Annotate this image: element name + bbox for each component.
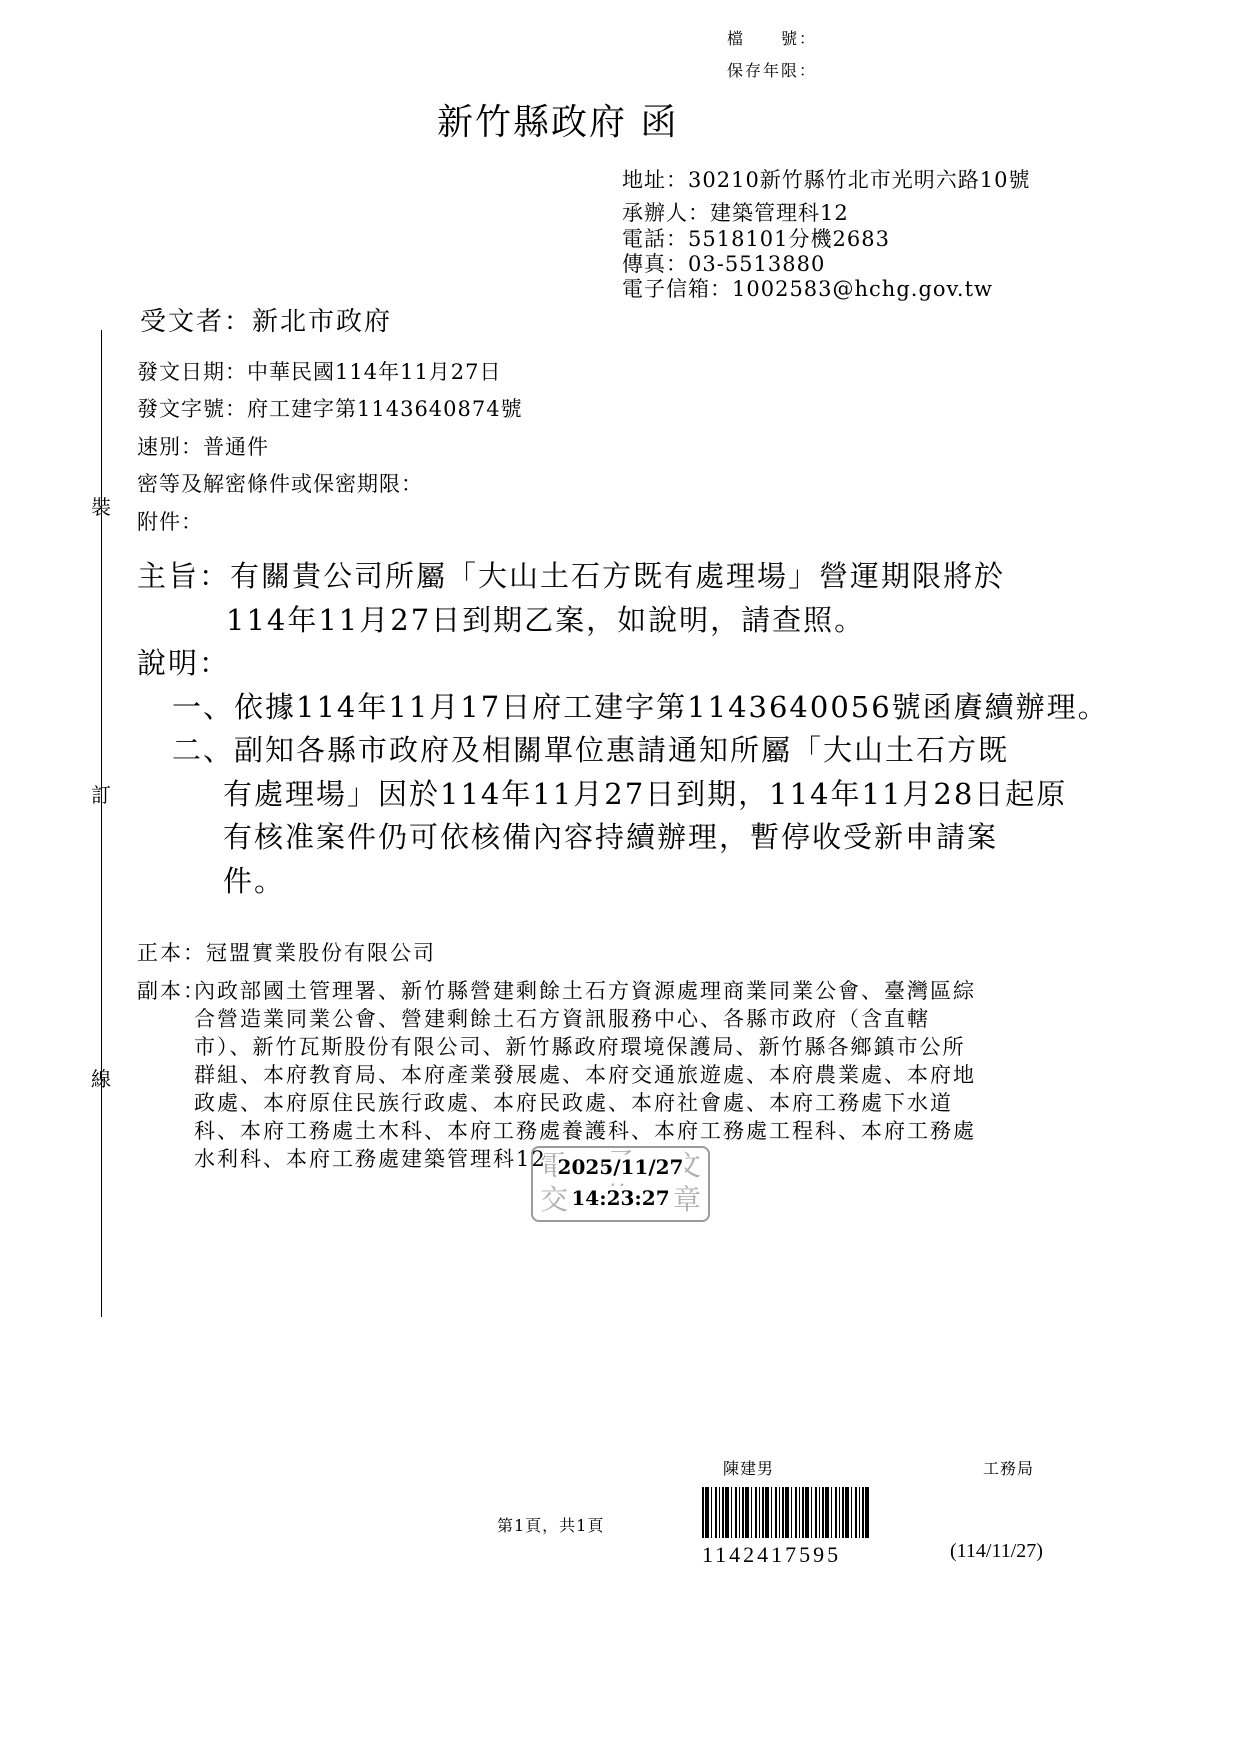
- barcode-number: 1142417595: [702, 1542, 841, 1567]
- stamp-time: 14:23:27: [569, 1186, 671, 1210]
- letter-title: 新竹縣政府 函: [437, 102, 678, 143]
- item-2-number: 二、: [172, 733, 234, 767]
- file-number-label: 檔 號：: [727, 30, 817, 48]
- subject-line-2: 114年11月27日到期乙案，如說明，請查照。: [226, 604, 865, 637]
- explanation-item-2-line-2: 有處理場」因於114年11月27日到期，114年11月28日起原: [223, 778, 1067, 811]
- subject-line-1: 主旨：有關貴公司所屬「大山土石方既有處理場」營運期限將於: [137, 560, 1005, 593]
- original-label: 正本：: [137, 941, 206, 965]
- original-recipient-line: 正本：冠盟實業股份有限公司: [137, 941, 436, 965]
- sender-fax: 傳真：03-5513880: [622, 252, 825, 276]
- explanation-item-2-line-3: 有核准案件仍可依核備內容持續辦理，暫停收受新申請案: [223, 821, 998, 854]
- margin-mark-line: 線: [86, 1069, 116, 1089]
- item-1-text: 依據114年11月17日府工建字第1143640056號函賡續辦理。: [234, 690, 1109, 724]
- item-2-text-1: 副知各縣市政府及相關單位惠請通知所屬「大山土石方既: [234, 733, 1009, 767]
- barcode: [702, 1487, 870, 1538]
- sender-phone: 電話：5518101分機2683: [622, 227, 890, 251]
- explanation-heading: 說明：: [137, 647, 230, 680]
- subject-text: 有關貴公司所屬「大山土石方既有處理場」營運期限將於: [230, 559, 1005, 593]
- doc-date-note: (114/11/27): [950, 1540, 1043, 1563]
- copy-recipients-line-4: 群組、本府教育局、本府產業發展處、本府交通旅遊處、本府農業處、本府地: [194, 1063, 976, 1087]
- sender-address: 地址：30210新竹縣竹北市光明六路10號: [622, 168, 1031, 192]
- copy-recipients-line-1: 內政部國土管理署、新竹縣營建剩餘土石方資源處理商業同業公會、臺灣區綜: [194, 979, 976, 1003]
- stamp-date-row: 2025/11/27: [533, 1157, 708, 1177]
- item-1-number: 一、: [172, 690, 234, 724]
- signer-name: 陳建男: [723, 1460, 774, 1478]
- copy-recipients-line-3: 市）、新竹瓦斯股份有限公司、新竹縣政府環境保護局、新竹縣各鄉鎮市公所: [194, 1035, 966, 1059]
- attachment-line: 附件：: [137, 510, 203, 534]
- security-class-line: 密等及解密條件或保密期限：: [137, 472, 423, 496]
- department-name: 工務局: [983, 1460, 1034, 1478]
- subject-label: 主旨：: [137, 559, 230, 593]
- electronic-exchange-stamp: 電 子 文 交 換 章 2025/11/27 14:23:27: [531, 1146, 710, 1222]
- margin-mark-staple: 訂: [86, 785, 116, 805]
- explanation-item-1: 一、依據114年11月17日府工建字第1143640056號函賡續辦理。: [172, 691, 1109, 724]
- doc-number-line: 發文字號：府工建字第1143640874號: [137, 397, 523, 421]
- sender-contact-person: 承辦人：建築管理科12: [622, 201, 849, 225]
- retention-period-label: 保存年限：: [727, 62, 817, 80]
- binding-margin-line: [101, 330, 102, 1317]
- issue-date-line: 發文日期：中華民國114年11月27日: [137, 360, 502, 384]
- margin-mark-binding: 裝: [86, 497, 116, 517]
- page-indicator: 第1頁，共1頁: [497, 1517, 604, 1535]
- speed-class-line: 速別：普通件: [137, 435, 269, 459]
- original-recipient: 冠盟實業股份有限公司: [206, 941, 436, 965]
- copy-recipients-line-5: 政處、本府原住民族行政處、本府民政處、本府社會處、本府工務處下水道: [194, 1091, 953, 1115]
- stamp-date: 2025/11/27: [556, 1155, 686, 1179]
- explanation-item-2-line-4: 件。: [223, 865, 285, 898]
- copy-recipients-line-7: 水利科、本府工務處建築管理科12: [194, 1147, 547, 1171]
- copy-recipients-line-6: 科、本府工務處土木科、本府工務處養護科、本府工務處工程科、本府工務處: [194, 1119, 976, 1143]
- explanation-item-2-line-1: 二、副知各縣市政府及相關單位惠請通知所屬「大山土石方既: [172, 734, 1009, 767]
- stamp-time-row: 14:23:27: [533, 1188, 708, 1208]
- recipient-line: 受文者：新北市政府: [140, 308, 392, 338]
- sender-email: 電子信箱：1002583@hchg.gov.tw: [622, 277, 993, 301]
- copy-recipients-line-2: 合營造業同業公會、營建剩餘土石方資訊服務中心、各縣市政府（含直轄: [194, 1007, 930, 1031]
- official-letter-page: { "header": { "file_no_label": "檔 號：", "…: [0, 0, 1240, 1754]
